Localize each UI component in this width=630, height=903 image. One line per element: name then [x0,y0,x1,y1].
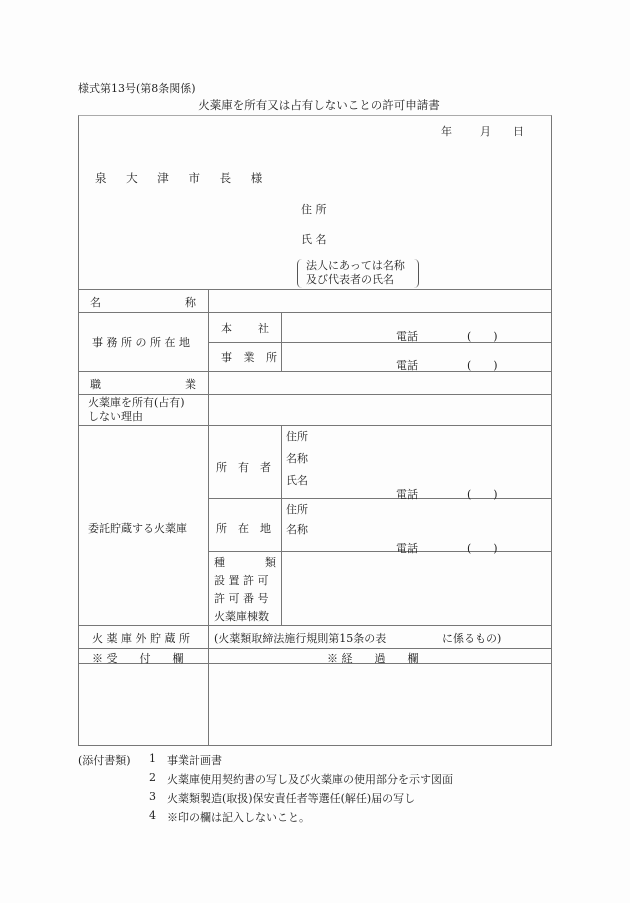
name-label-left: 名 [90,294,101,310]
name-label: 名 称 [90,294,196,310]
owner-corp-name-label: 名称 [286,450,308,466]
form-title: 火薬庫を所有又は占有しないことの許可申請書 [0,97,630,113]
reason-label: 火薬庫を所有(占有) しない理由 [88,396,185,424]
applicant-address-field[interactable] [345,197,545,215]
reason-field[interactable] [210,396,550,424]
progress-field [210,665,550,745]
corporate-note-line1: 法人にあっては名称 [306,259,418,273]
head-office-phone-parens[interactable]: ( ) [467,328,498,344]
attachment-text-2: 火薬庫使用契約書の写し及び火薬庫の使用部分を示す図面 [167,771,453,787]
location-address-label: 住所 [286,501,308,517]
reception-label: ※ 受 付 欄 [92,650,184,666]
owner-details-field[interactable] [312,426,550,496]
name-field[interactable] [210,291,550,311]
attachment-num-3: 3 [149,790,156,803]
divider [78,648,552,649]
divider [78,625,552,626]
head-office-label-right: 社 [258,320,269,336]
head-office-label: 本 社 [221,320,269,336]
consigned-magazine-label: 委託貯蔵する火薬庫 [88,520,187,536]
attachment-text-4: ※印の欄は記入しないこと。 [167,809,310,825]
type-label: 種 類 [214,554,276,572]
installation-permit-label: 設 置 許 可 [214,572,276,590]
attachment-num-1: 1 [149,752,156,765]
date-month-label: 月 [480,123,491,139]
location-label: 所 在 地 [216,520,271,536]
head-office-phone-label: 電話 [396,328,418,344]
applicant-address-label: 住 所 [301,201,327,217]
outside-storage-suffix: に係るもの) [442,630,501,646]
divider [208,289,209,746]
magazine-details-field[interactable] [283,552,550,624]
location-details-field[interactable] [312,499,550,549]
occupation-label-right: 業 [185,376,196,392]
addressee: 泉 大 津 市 長 様 [95,170,270,186]
divider [281,425,282,625]
corporate-note: 法人にあっては名称 及び代表者の氏名 [297,259,419,288]
attachment-text-3: 火薬類製造(取扱)保安責任者等選任(解任)届の写し [167,790,415,806]
outside-storage-label: 火 薬 庫 外 貯 蔵 所 [92,630,190,646]
location-name-label: 名称 [286,521,308,537]
type-label-right: 類 [265,554,276,572]
divider [281,312,282,371]
applicant-name-field[interactable] [345,227,545,245]
reception-field [80,665,207,745]
divider [78,394,552,395]
attachment-num-4: 4 [149,809,156,822]
business-office-label: 事 業 所 [221,349,281,365]
owner-address-label: 住所 [286,428,308,444]
divider [78,289,552,290]
owner-person-name-label: 氏名 [286,472,308,488]
permit-number-label: 許 可 番 号 [214,590,276,608]
attachment-text-1: 事業計画書 [167,752,222,768]
progress-label: ※ 経 過 欄 [327,650,419,666]
occupation-field[interactable] [210,373,550,393]
occupation-label: 職 業 [90,376,196,392]
outside-storage-table-field[interactable] [384,627,440,647]
magazine-details-labels: 種 類 設 置 許 可 許 可 番 号 火薬庫棟数 [214,554,276,626]
occupation-label-left: 職 [90,376,101,392]
divider [78,312,552,313]
attachments-heading: (添付書類) [78,752,131,768]
form-number: 様式第13号(第8条関係) [78,80,196,96]
business-office-phone-label: 電話 [396,357,418,373]
type-label-left: 種 [214,554,225,572]
business-office-phone-parens[interactable]: ( ) [467,357,498,373]
corporate-note-line2: 及び代表者の氏名 [306,273,418,287]
date-day-label: 日 [513,123,524,139]
office-location-label: 事 務 所 の 所 在 地 [92,334,190,350]
owner-label: 所 有 者 [216,459,271,475]
reason-label-line1: 火薬庫を所有(占有) [88,396,185,410]
magazine-count-label: 火薬庫棟数 [214,608,276,626]
applicant-name-label: 氏 名 [301,231,327,247]
attachment-num-2: 2 [149,771,156,784]
date-year-label: 年 [441,123,452,139]
outside-storage-prefix: (火薬類取締法施行規則第15条の表 [214,630,386,646]
name-label-right: 称 [185,294,196,310]
head-office-label-left: 本 [221,320,232,336]
reason-label-line2: しない理由 [88,410,185,424]
